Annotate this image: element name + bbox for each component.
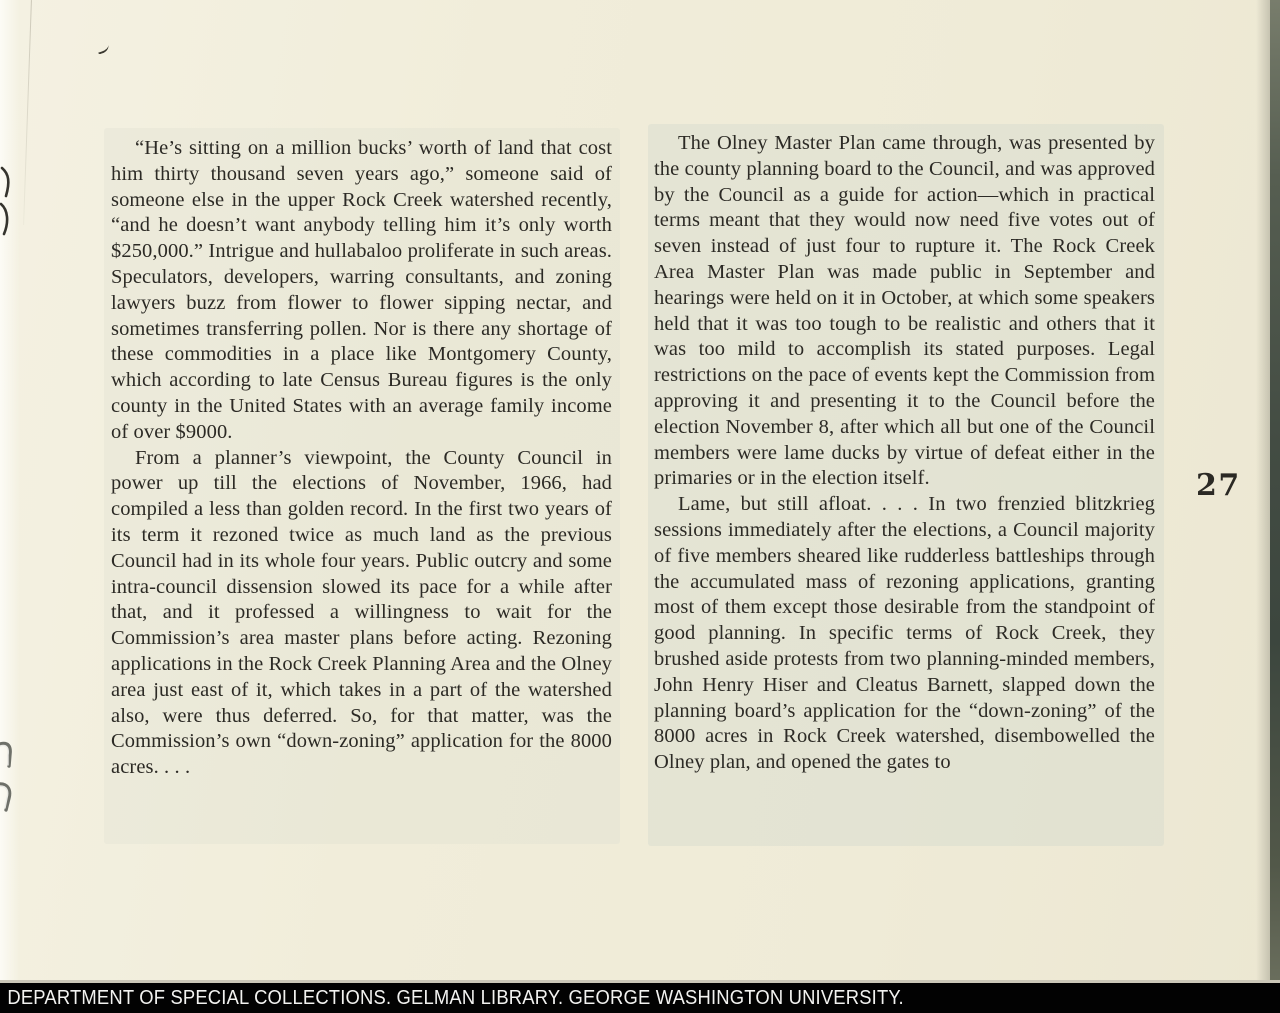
right-column: The Olney Master Plan came through, was …: [654, 131, 1155, 776]
body-paragraph: Lame, but still afloat. . . . In two fre…: [654, 492, 1155, 776]
book-edge-strip: [1270, 0, 1280, 983]
staple-top: [0, 166, 14, 236]
page-number: 27: [1196, 468, 1241, 503]
page-left-edge-highlight: [0, 0, 20, 983]
page-crease: [23, 0, 32, 225]
body-paragraph: The Olney Master Plan came through, was …: [654, 131, 1155, 492]
body-paragraph: From a planner’s viewpoint, the County C…: [111, 446, 612, 781]
footer-bar: DEPARTMENT OF SPECIAL COLLECTIONS. GELMA…: [0, 980, 1280, 1013]
footer-label: DEPARTMENT OF SPECIAL COLLECTIONS. GELMA…: [0, 987, 904, 1010]
body-paragraph: “He’s sitting on a million bucks’ worth …: [111, 136, 612, 446]
left-column: “He’s sitting on a million bucks’ worth …: [111, 136, 612, 781]
page-edge-shadow: [1256, 0, 1270, 983]
staple-bottom: [0, 740, 14, 814]
pen-mark: [96, 42, 110, 54]
scanned-page: “He’s sitting on a million bucks’ worth …: [0, 0, 1280, 1013]
